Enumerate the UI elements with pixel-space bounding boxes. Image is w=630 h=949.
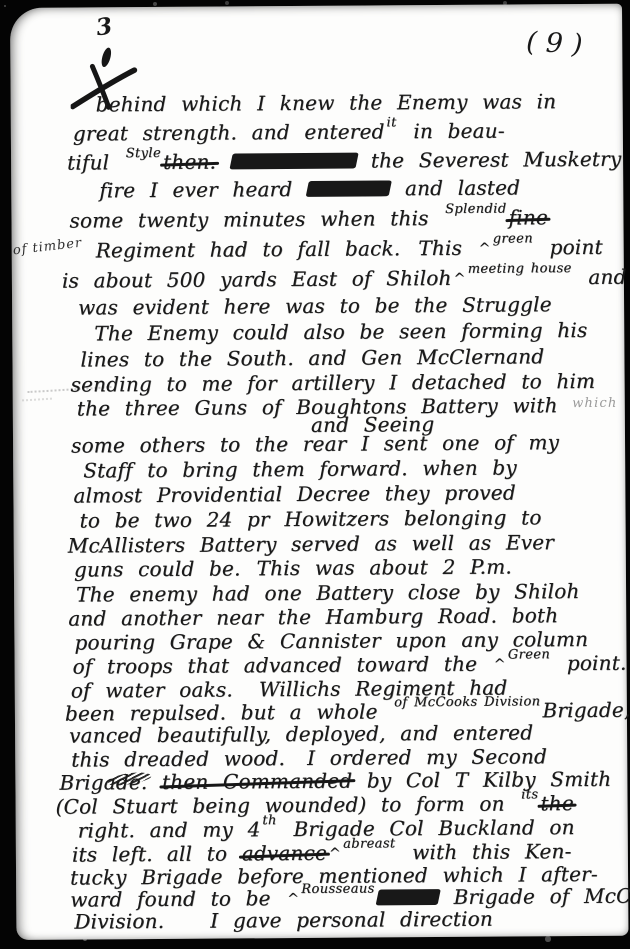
manuscript-segment-tx: lines to the South. and Gen McClernand [80,344,544,371]
manuscript-segment-tx: This was about 2 P.m. [257,555,512,581]
manuscript-segment-tx: Brigade, ad- [542,697,630,722]
manuscript-segment-tx: this dreaded wood. [71,746,285,771]
manuscript-segment-tx: point [535,235,603,259]
manuscript-segment-tx: fire I ever heard [99,177,307,202]
manuscript-segment-tx: is about 500 yards East of Shiloh [62,266,452,293]
manuscript-segment-tx: Brigade of McCooks [439,883,630,909]
manuscript-segment-caretins: abreast [329,832,396,855]
manuscript-line: The Enemy could also be seen forming his [94,319,587,344]
manuscript-segment-sup: it [386,112,396,134]
manuscript-line: some twenty minutes when this Splendidfi… [69,206,548,235]
manuscript-segment-tx: right. and my 4 [78,817,261,842]
manuscript-segment-tx: Regiment had to fall back. [96,236,401,262]
manuscript-segment-ins: of McCooks Division [394,691,541,714]
manuscript-segment-tx: some twenty minutes when this [69,206,443,233]
manuscript-line: McAllisters Battery served as well as Ev… [68,531,554,556]
manuscript-segment-sup: th [262,810,277,832]
manuscript-line: was evident here was to be the Struggle [78,293,552,318]
manuscript-paper: 3 (9) of timber behind which I knew the … [10,4,628,940]
manuscript-segment-tx: I ordered my Second [307,744,547,770]
manuscript-segment-tx: and it [574,264,630,289]
manuscript-segment-tx: of water oaks. [71,677,233,702]
manuscript-segment-tx: great strength. and entered [73,119,385,145]
manuscript-lines: behind which I knew the Enemy was ingrea… [10,4,628,940]
manuscript-segment-tx: of troops that advanced toward the [73,652,492,679]
manuscript-line: The enemy had one Battery close by Shilo… [76,580,580,606]
scanned-page-background: 3 (9) of timber behind which I knew the … [0,0,630,949]
manuscript-segment-caretins: Rousseaus [287,877,375,901]
manuscript-line: fire I ever heard opened and lasted [99,176,520,201]
manuscript-line: behind which I knew the Enemy was in [96,90,557,115]
manuscript-segment-tx: and lasted [390,175,520,200]
manuscript-segment-ins: Splendid [445,199,507,221]
manuscript-line: vanced beautifully, deployed, and entere… [69,721,533,746]
manuscript-segment-tx: I gave personal direction [210,907,493,933]
manuscript-segment-tx: guns could be. [74,556,241,581]
manuscript-segment-tx: was evident here was to be the Struggle [78,292,552,319]
manuscript-segment-strike: advance [242,841,327,866]
manuscript-segment-tx: some others to the rear I sent one of my [71,430,559,457]
manuscript-segment-tx: by Col T Kilby Smith [352,767,611,793]
manuscript-segment-black: Kirks [375,889,441,905]
manuscript-line: sending to me for artillery I detached t… [71,370,596,396]
manuscript-line: Staff to bring them forward. when by [83,456,517,481]
manuscript-segment-strike: fine [509,205,548,229]
manuscript-line: almost Providential Decree they proved [73,481,516,506]
manuscript-segment-tx: Brigade. [59,770,162,795]
manuscript-segment-strike: then. [163,150,216,174]
manuscript-segment-tx: The Enemy could also be seen forming his [94,318,587,345]
manuscript-line: and another near the Hamburg Road. both [68,604,558,629]
manuscript-segment-strike: the [540,791,574,815]
manuscript-segment-tx: tiful [67,150,124,174]
manuscript-segment-tx: vanced beautifully, deployed, and entere… [69,720,533,747]
manuscript-segment-black: opened [305,180,392,196]
manuscript-segment-tx: to be two 24 pr Howitzers belonging to [79,505,541,532]
manuscript-line: to be two 24 pr Howitzers belonging to [80,506,542,531]
manuscript-line: Division.I gave personal direction [74,908,493,933]
manuscript-segment-tx: Staff to bring them forward. when by [83,455,517,482]
manuscript-segment-tx: the Severest Musketry [356,147,621,173]
manuscript-line: is about 500 yards East of Shilohmeeting… [62,265,630,295]
manuscript-segment-ins: Style [126,143,161,165]
manuscript-segment-faint: which co— — — [572,392,630,415]
manuscript-segment-caretins: meeting house [453,257,571,281]
manuscript-segment-tx: with this Ken- [397,839,571,864]
manuscript-line: tiful Stylethen. then arose the Severest… [67,148,621,178]
manuscript-segment-tx: Brigade Col Buckland on [279,815,575,841]
manuscript-segment-tx: in beau- [399,119,505,144]
manuscript-segment-caretins: green [478,227,533,250]
manuscript-segment-black: then arose [229,153,358,170]
manuscript-segment-strike: then Commanded [162,769,352,794]
manuscript-segment-tx: sending to me for artillery I detached t… [71,369,596,397]
manuscript-segment-tx: its left. [72,842,153,867]
manuscript-line: lines to the South. and Gen McClernand [80,345,544,370]
manuscript-segment-tx: all to [167,841,242,866]
manuscript-segment-tx: almost Providential Decree they proved [73,480,516,507]
manuscript-line: some others to the rear I sent one of my [71,431,559,456]
scan-dust-speckles [4,5,6,7]
manuscript-segment-sup: its [521,784,538,806]
manuscript-segment-tx: behind which I knew the Enemy was in [96,89,557,116]
manuscript-segment-tx: McAllisters Battery served as well as Ev… [68,530,554,557]
manuscript-segment-tx: This [418,236,476,260]
manuscript-segment-tx: (Col Stuart being wounded) to form on [55,791,519,818]
manuscript-segment-tx: The enemy had one Battery close by Shilo… [76,579,580,607]
manuscript-segment-caretins: Green [494,643,551,666]
manuscript-segment-tx: Division. [74,909,164,934]
manuscript-segment-tx: and another near the Hamburg Road. both [68,603,558,630]
manuscript-segment-tx: point. [552,651,626,676]
manuscript-line: guns could be.This was about 2 P.m. [74,556,512,581]
